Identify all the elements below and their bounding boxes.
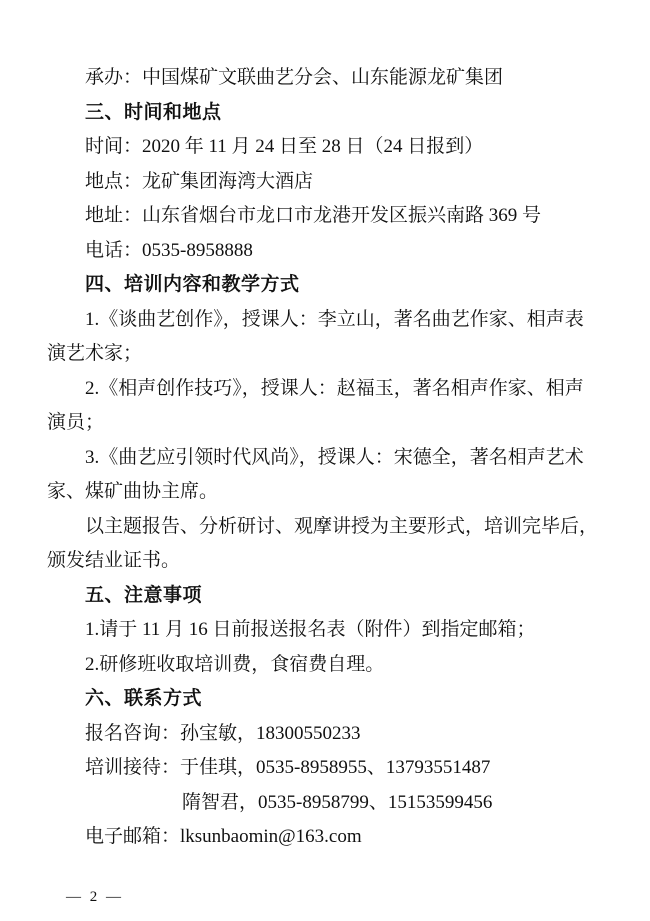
line-contact-registration: 报名咨询：孙宝敏，18300550233: [47, 717, 595, 752]
line-phone: 电话：0535-8958888: [47, 234, 595, 269]
line-format-a: 以主题报告、分析研讨、观摩讲授为主要形式，培训完毕后，: [47, 510, 595, 545]
line-course-1a: 1.《谈曲艺创作》，授课人：李立山，著名曲艺作家、相声表: [47, 303, 595, 338]
page-number: — 2 —: [66, 886, 121, 908]
line-time: 时间：2020 年 11 月 24 日至 28 日（24 日报到）: [47, 130, 595, 165]
heading-section-5: 五、注意事项: [47, 579, 595, 614]
line-note-1: 1.请于 11 月 16 日前报送报名表（附件）到指定邮箱；: [47, 613, 595, 648]
line-contact-reception-2: 隋智君，0535-8958799、15153599456: [47, 786, 595, 821]
heading-section-4: 四、培训内容和教学方式: [47, 268, 595, 303]
line-course-2a: 2.《相声创作技巧》，授课人：赵福玉，著名相声作家、相声: [47, 372, 595, 407]
line-contact-reception-1: 培训接待：于佳琪，0535-8958955、13793551487: [47, 751, 595, 786]
document-page: 承办：中国煤矿文联曲艺分会、山东能源龙矿集团 三、时间和地点 时间：2020 年…: [0, 0, 650, 921]
line-address: 地址：山东省烟台市龙口市龙港开发区振兴南路 369 号: [47, 199, 595, 234]
line-course-3a: 3.《曲艺应引领时代风尚》，授课人：宋德全，著名相声艺术: [47, 441, 595, 476]
line-format-b: 颁发结业证书。: [47, 544, 595, 579]
heading-section-3: 三、时间和地点: [47, 96, 595, 131]
line-note-2: 2.研修班收取培训费，食宿费自理。: [47, 648, 595, 683]
line-course-1b: 演艺术家；: [47, 337, 595, 372]
document-body: 承办：中国煤矿文联曲艺分会、山东能源龙矿集团 三、时间和地点 时间：2020 年…: [47, 61, 595, 855]
line-contact-email: 电子邮箱：lksunbaomin@163.com: [47, 820, 595, 855]
line-venue: 地点：龙矿集团海湾大酒店: [47, 165, 595, 200]
line-organizer: 承办：中国煤矿文联曲艺分会、山东能源龙矿集团: [47, 61, 595, 96]
heading-section-6: 六、联系方式: [47, 682, 595, 717]
line-course-3b: 家、煤矿曲协主席。: [47, 475, 595, 510]
line-course-2b: 演员；: [47, 406, 595, 441]
